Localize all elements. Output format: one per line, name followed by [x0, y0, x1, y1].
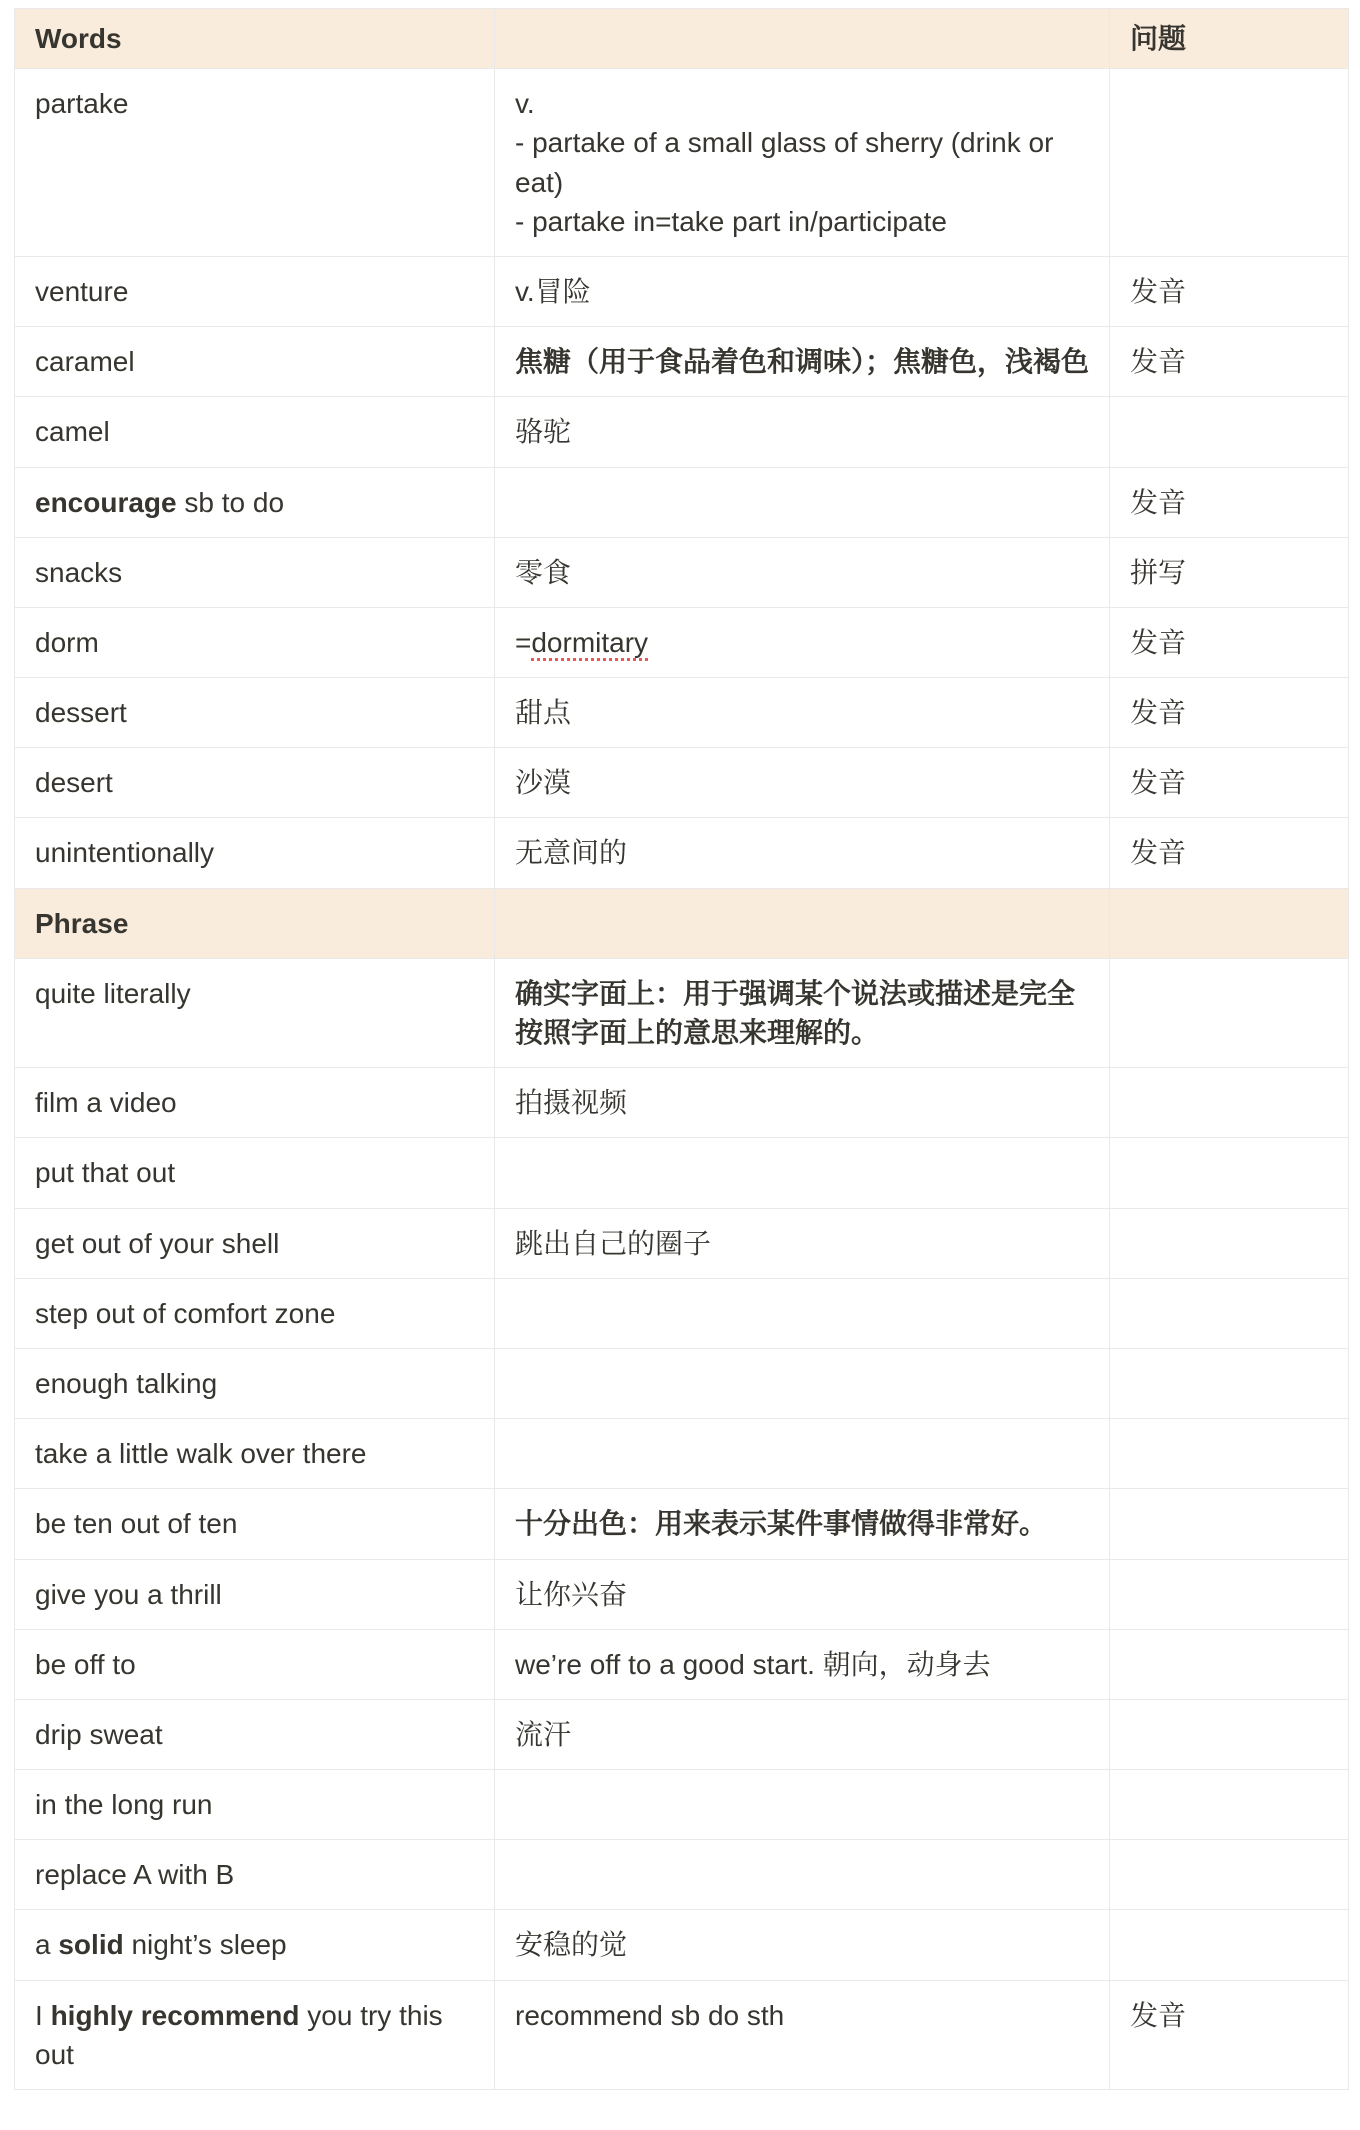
meaning-cell[interactable] — [495, 1138, 1110, 1208]
meaning-cell-text: = — [515, 627, 531, 658]
term-cell[interactable]: snacks — [15, 537, 495, 607]
phrase-section-empty-cell[interactable] — [495, 888, 1110, 958]
issue-cell[interactable] — [1110, 1208, 1349, 1278]
meaning-cell[interactable]: 拍摄视频 — [495, 1068, 1110, 1138]
term-cell[interactable]: caramel — [15, 327, 495, 397]
term-cell[interactable]: give you a thrill — [15, 1559, 495, 1629]
meaning-cell[interactable]: v. - partake of a small glass of sherry … — [495, 69, 1110, 257]
term-cell[interactable]: I highly recommend you try this out — [15, 1980, 495, 2089]
table-row: I highly recommend you try this outrecom… — [15, 1980, 1349, 2089]
table-row: encourage sb to do发音 — [15, 467, 1349, 537]
meaning-cell-text: 流汗 — [515, 1719, 571, 1750]
meaning-cell[interactable] — [495, 1278, 1110, 1348]
term-cell-text: get out of your shell — [35, 1228, 279, 1259]
term-cell-text: highly recommend — [51, 2000, 300, 2031]
table-row: desert沙漠发音 — [15, 748, 1349, 818]
table-row: caramel焦糖（用于食品着色和调味）；焦糖色，浅褐色发音 — [15, 327, 1349, 397]
meaning-cell[interactable] — [495, 1840, 1110, 1910]
issue-cell[interactable]: 发音 — [1110, 467, 1349, 537]
meaning-cell-text: 焦糖（用于食品着色和调味）；焦糖色，浅褐色 — [515, 346, 1089, 377]
term-cell[interactable]: a solid night’s sleep — [15, 1910, 495, 1980]
term-cell-text: enough talking — [35, 1368, 217, 1399]
issue-cell[interactable] — [1110, 1629, 1349, 1699]
issue-cell[interactable] — [1110, 1278, 1349, 1348]
meaning-cell[interactable]: 零食 — [495, 537, 1110, 607]
meaning-cell[interactable]: 十分出色：用来表示某件事情做得非常好。 — [495, 1489, 1110, 1559]
meaning-cell[interactable]: 流汗 — [495, 1699, 1110, 1769]
table-row: enough talking — [15, 1348, 1349, 1418]
meaning-cell-text: 甜点 — [515, 697, 571, 728]
issue-cell[interactable] — [1110, 1699, 1349, 1769]
term-cell-text: film a video — [35, 1087, 177, 1118]
term-cell[interactable]: drip sweat — [15, 1699, 495, 1769]
table-row: quite literally确实字面上：用于强调某个说法或描述是完全按照字面上… — [15, 958, 1349, 1067]
meaning-cell[interactable]: we’re off to a good start. 朝向，动身去 — [495, 1629, 1110, 1699]
meaning-cell-text: v. - partake of a small glass of sherry … — [515, 88, 1061, 237]
table-row: dorm=dormitary发音 — [15, 607, 1349, 677]
meaning-cell-text: 无意间的 — [515, 837, 627, 868]
term-cell-text: I — [35, 2000, 51, 2031]
meaning-cell-text: 沙漠 — [515, 767, 571, 798]
term-cell[interactable]: encourage sb to do — [15, 467, 495, 537]
issue-cell[interactable]: 发音 — [1110, 818, 1349, 888]
issue-cell[interactable] — [1110, 397, 1349, 467]
phrase-section-header-row: Phrase — [15, 888, 1349, 958]
misspelled-word: dormitary — [531, 627, 648, 658]
issue-cell[interactable] — [1110, 1559, 1349, 1629]
table-row: be off towe’re off to a good start. 朝向，动… — [15, 1629, 1349, 1699]
issue-cell[interactable] — [1110, 1840, 1349, 1910]
term-cell-text: be off to — [35, 1649, 136, 1680]
header-cell-words[interactable]: Words — [15, 9, 495, 69]
meaning-cell-text: 骆驼 — [515, 416, 571, 447]
table-row: be ten out of ten十分出色：用来表示某件事情做得非常好。 — [15, 1489, 1349, 1559]
table-row: replace A with B — [15, 1840, 1349, 1910]
meaning-cell[interactable]: 确实字面上：用于强调某个说法或描述是完全按照字面上的意思来理解的。 — [495, 958, 1110, 1067]
term-cell[interactable]: replace A with B — [15, 1840, 495, 1910]
table-row: put that out — [15, 1138, 1349, 1208]
meaning-cell[interactable]: 焦糖（用于食品着色和调味）；焦糖色，浅褐色 — [495, 327, 1110, 397]
issue-cell[interactable]: 发音 — [1110, 327, 1349, 397]
table-row: venturev.冒险发音 — [15, 256, 1349, 326]
term-cell-text: give you a thrill — [35, 1579, 222, 1610]
meaning-cell[interactable] — [495, 467, 1110, 537]
issue-cell-text: 发音 — [1130, 487, 1186, 518]
issue-cell[interactable]: 拼写 — [1110, 537, 1349, 607]
term-cell[interactable]: get out of your shell — [15, 1208, 495, 1278]
issue-cell[interactable]: 发音 — [1110, 607, 1349, 677]
term-cell-text: replace A with B — [35, 1859, 234, 1890]
meaning-cell[interactable]: 安稳的觉 — [495, 1910, 1110, 1980]
issue-cell[interactable] — [1110, 69, 1349, 257]
term-cell-text: solid — [58, 1929, 123, 1960]
meaning-cell-text: 安稳的觉 — [515, 1929, 627, 1960]
term-cell-text: step out of comfort zone — [35, 1298, 335, 1329]
meaning-cell[interactable] — [495, 1419, 1110, 1489]
meaning-cell-text: 让你兴奋 — [515, 1579, 627, 1610]
term-cell-text: partake — [35, 88, 128, 119]
issue-cell[interactable] — [1110, 1489, 1349, 1559]
meaning-cell[interactable]: 沙漠 — [495, 748, 1110, 818]
term-cell[interactable]: venture — [15, 256, 495, 326]
term-cell[interactable]: dessert — [15, 678, 495, 748]
meaning-cell[interactable]: 甜点 — [495, 678, 1110, 748]
meaning-cell[interactable]: recommend sb do sth — [495, 1980, 1110, 2089]
issue-cell-text: 发音 — [1130, 627, 1186, 658]
term-cell[interactable]: desert — [15, 748, 495, 818]
meaning-cell-text: recommend sb do sth — [515, 2000, 784, 2031]
issue-cell-text: 拼写 — [1130, 557, 1186, 588]
table-row: take a little walk over there — [15, 1419, 1349, 1489]
issue-cell[interactable] — [1110, 1138, 1349, 1208]
header-cell-meaning[interactable] — [495, 9, 1110, 69]
issue-cell-text: 发音 — [1130, 697, 1186, 728]
phrase-section-label-text: Phrase — [35, 908, 128, 939]
meaning-cell-text: 拍摄视频 — [515, 1087, 627, 1118]
table-header-row: Words 问题 — [15, 9, 1349, 69]
issue-cell-text: 发音 — [1130, 346, 1186, 377]
term-cell-text: a — [35, 1929, 58, 1960]
term-cell-text: put that out — [35, 1157, 175, 1188]
term-cell[interactable]: film a video — [15, 1068, 495, 1138]
issue-cell[interactable] — [1110, 1910, 1349, 1980]
meaning-cell-text: 零食 — [515, 557, 571, 588]
table-row: film a video拍摄视频 — [15, 1068, 1349, 1138]
term-cell[interactable]: put that out — [15, 1138, 495, 1208]
table-row: unintentionally无意间的发音 — [15, 818, 1349, 888]
term-cell-text: quite literally — [35, 978, 191, 1009]
term-cell-text: camel — [35, 416, 110, 447]
term-cell-text: unintentionally — [35, 837, 214, 868]
issue-cell[interactable] — [1110, 1068, 1349, 1138]
meaning-cell[interactable] — [495, 1770, 1110, 1840]
header-cell-issue[interactable]: 问题 — [1110, 9, 1349, 69]
term-cell-text: sb to do — [177, 487, 284, 518]
issue-cell[interactable]: 发音 — [1110, 678, 1349, 748]
meaning-cell-text: we’re off to a good start. 朝向，动身去 — [515, 1649, 991, 1680]
issue-cell[interactable]: 发音 — [1110, 256, 1349, 326]
meaning-cell-text: 十分出色：用来表示某件事情做得非常好。 — [515, 1508, 1047, 1539]
meaning-cell-text: 确实字面上：用于强调某个说法或描述是完全按照字面上的意思来理解的。 — [515, 978, 1075, 1048]
phrase-section-label[interactable]: Phrase — [15, 888, 495, 958]
meaning-cell[interactable]: 无意间的 — [495, 818, 1110, 888]
term-cell-text: dessert — [35, 697, 127, 728]
term-cell[interactable]: partake — [15, 69, 495, 257]
table-row: give you a thrill让你兴奋 — [15, 1559, 1349, 1629]
term-cell[interactable]: take a little walk over there — [15, 1419, 495, 1489]
issue-cell[interactable] — [1110, 1419, 1349, 1489]
meaning-cell[interactable] — [495, 1348, 1110, 1418]
issue-cell-text: 发音 — [1130, 276, 1186, 307]
term-cell-text: drip sweat — [35, 1719, 163, 1750]
issue-cell-text: 发音 — [1130, 767, 1186, 798]
term-cell[interactable]: enough talking — [15, 1348, 495, 1418]
term-cell-text: snacks — [35, 557, 122, 588]
term-cell[interactable]: in the long run — [15, 1770, 495, 1840]
table-row: snacks零食拼写 — [15, 537, 1349, 607]
meaning-cell[interactable]: 让你兴奋 — [495, 1559, 1110, 1629]
issue-cell[interactable] — [1110, 1770, 1349, 1840]
meaning-cell[interactable]: =dormitary — [495, 607, 1110, 677]
term-cell[interactable]: be off to — [15, 1629, 495, 1699]
issue-cell[interactable]: 发音 — [1110, 748, 1349, 818]
phrase-section-empty-cell[interactable] — [1110, 888, 1349, 958]
meaning-cell[interactable]: v.冒险 — [495, 256, 1110, 326]
table-row: in the long run — [15, 1770, 1349, 1840]
meaning-cell[interactable]: 跳出自己的圈子 — [495, 1208, 1110, 1278]
term-cell-text: venture — [35, 276, 128, 307]
meaning-cell-text: 跳出自己的圈子 — [515, 1228, 711, 1259]
vocab-table: Words 问题 partakev. - partake of a small … — [14, 8, 1349, 2090]
term-cell[interactable]: quite literally — [15, 958, 495, 1067]
term-cell-text: encourage — [35, 487, 177, 518]
term-cell-text: be ten out of ten — [35, 1508, 237, 1539]
meaning-cell-text: v.冒险 — [515, 276, 591, 307]
term-cell[interactable]: dorm — [15, 607, 495, 677]
term-cell[interactable]: step out of comfort zone — [15, 1278, 495, 1348]
term-cell[interactable]: camel — [15, 397, 495, 467]
term-cell-text: in the long run — [35, 1789, 212, 1820]
table-row: partakev. - partake of a small glass of … — [15, 69, 1349, 257]
issue-cell-text: 发音 — [1130, 2000, 1186, 2031]
term-cell-text: dorm — [35, 627, 99, 658]
table-row: camel骆驼 — [15, 397, 1349, 467]
term-cell-text: desert — [35, 767, 113, 798]
term-cell-text: caramel — [35, 346, 135, 377]
issue-cell[interactable] — [1110, 958, 1349, 1067]
term-cell-text: take a little walk over there — [35, 1438, 367, 1469]
issue-cell[interactable]: 发音 — [1110, 1980, 1349, 2089]
table-row: dessert甜点发音 — [15, 678, 1349, 748]
term-cell[interactable]: be ten out of ten — [15, 1489, 495, 1559]
term-cell[interactable]: unintentionally — [15, 818, 495, 888]
page: Words 问题 partakev. - partake of a small … — [0, 0, 1360, 2090]
meaning-cell[interactable]: 骆驼 — [495, 397, 1110, 467]
issue-cell-text: 发音 — [1130, 837, 1186, 868]
issue-cell[interactable] — [1110, 1348, 1349, 1418]
table-row: step out of comfort zone — [15, 1278, 1349, 1348]
table-row: drip sweat流汗 — [15, 1699, 1349, 1769]
table-row: a solid night’s sleep安稳的觉 — [15, 1910, 1349, 1980]
table-row: get out of your shell跳出自己的圈子 — [15, 1208, 1349, 1278]
term-cell-text: night’s sleep — [124, 1929, 287, 1960]
